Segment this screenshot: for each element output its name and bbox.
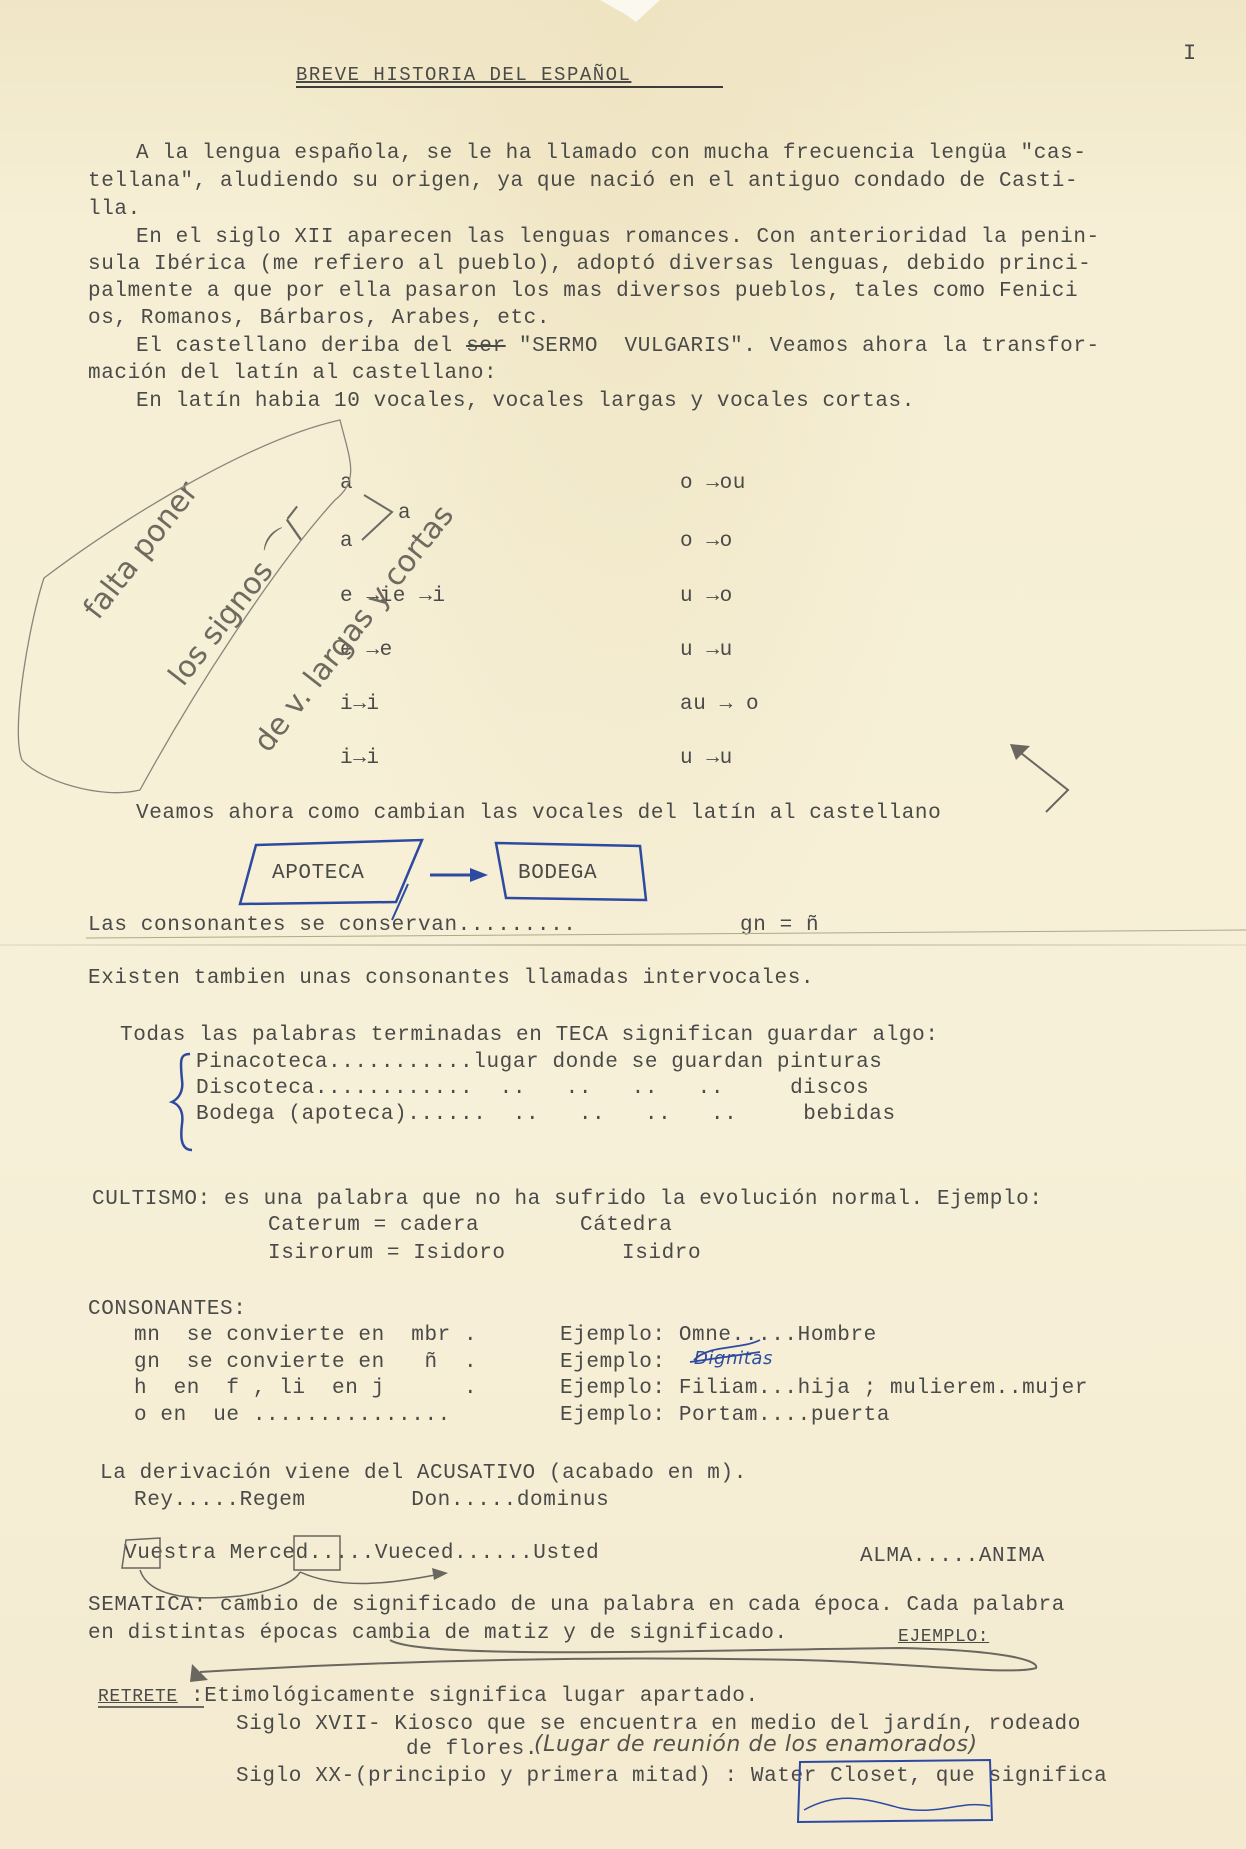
alma-line: ALMA.....ANIMA [860, 1543, 1045, 1570]
retrete-text: :Etimológicamente significa lugar aparta… [178, 1685, 759, 1708]
cultismo-line: CULTISMO: es una palabra que no ha sufri… [92, 1186, 1043, 1213]
intro-line: tellana", aludiendo su origen, ya que na… [88, 168, 1078, 195]
page-number: I [1183, 40, 1197, 67]
intro-line: A la lengua española, se le ha llamado c… [136, 140, 1087, 167]
cultismo-example: Isidro [622, 1240, 701, 1267]
vowel-right: o →ou [680, 470, 746, 497]
retrete-line: RETRETE :Etimológicamente significa luga… [98, 1683, 759, 1711]
struck-word: ser [466, 335, 506, 358]
gn-rule: gn = ñ [740, 912, 819, 939]
cultismo-text: es una palabra que no ha sufrido la evol… [211, 1188, 1043, 1211]
teca-intro: Todas las palabras terminadas en TECA si… [120, 1022, 939, 1049]
vowel-right: u →u [680, 637, 733, 664]
cultismo-example: Cátedra [580, 1212, 672, 1239]
paper-fold [0, 944, 1246, 946]
vowel-right: u →o [680, 583, 733, 610]
paper-tear [600, 0, 660, 22]
intervocales-line: Existen tambien unas consonantes llamada… [88, 965, 814, 992]
merced-line: Vuestra Merced.....Vueced......Usted [124, 1540, 599, 1567]
vowel-right: au → o [680, 691, 759, 718]
consonant-example: Ejemplo: [560, 1349, 666, 1376]
consonant-rule: mn se convierte en mbr . [134, 1322, 477, 1349]
handwritten-annotation: (Lugar de reunión de los enamorados) [534, 1731, 978, 1758]
intro-line: palmente a que por ella pasaron los mas … [88, 278, 1078, 305]
sermo-after: "SERMO VULGARIS". Veamos ahora la transf… [506, 335, 1100, 358]
intro-line: os, Romanos, Bárbaros, Arabes, etc. [88, 305, 550, 332]
ejemplo-label: EJEMPLO: [898, 1624, 989, 1651]
vowel-right: o →o [680, 528, 733, 555]
retrete-line: Siglo XX-(principio y primera mitad) : W… [236, 1763, 1107, 1790]
intro-line: lla. [88, 196, 141, 223]
consonants-kept: Las consonantes se conservan......... [88, 912, 576, 939]
consonantes-label: CONSONANTES: [88, 1296, 246, 1323]
page-title: BREVE HISTORIA DEL ESPAÑOL [296, 62, 631, 89]
acusativo-line: La derivación viene del ACUSATIVO (acaba… [100, 1460, 747, 1487]
teca-row: Discoteca............ .. .. .. .. discos [196, 1075, 869, 1102]
semantica-line: SEMATICA: cambio de significado de una p… [88, 1592, 1065, 1619]
document-page: I BREVE HISTORIA DEL ESPAÑOL A la lengua… [0, 0, 1246, 1849]
semantica-line: en distintas épocas cambia de matiz y de… [88, 1620, 788, 1647]
consonant-rule: gn se convierte en ñ . [134, 1349, 477, 1376]
apoteca-word: APOTECA [272, 860, 364, 887]
cultismo-example: Isirorum = Isidoro [268, 1240, 506, 1267]
handwritten-example: Dignitas [694, 1345, 773, 1372]
consonant-example: Ejemplo: Portam....puerta [560, 1402, 890, 1429]
consonant-rule: h en f , li en j . [134, 1375, 477, 1402]
acusativo-examples: Rey.....Regem Don.....dominus [134, 1487, 609, 1514]
sermo-line-2: mación del latín al castellano: [88, 360, 497, 387]
bodega-word: BODEGA [518, 860, 597, 887]
teca-row: Bodega (apoteca)...... .. .. .. .. bebid… [196, 1101, 896, 1128]
vowel-right: u →u [680, 745, 733, 772]
intro-line: En el siglo XII aparecen las lenguas rom… [136, 224, 1100, 251]
sermo-line: El castellano deriba del ser "SERMO VULG… [136, 333, 1100, 360]
consonant-rule: o en ue ............... [134, 1402, 451, 1429]
consonant-example: Ejemplo: Filiam...hija ; mulierem..mujer [560, 1375, 1088, 1402]
retrete-line: de flores. [406, 1736, 538, 1763]
teca-row: Pinacoteca...........lugar donde se guar… [196, 1049, 883, 1076]
cultismo-example: Caterum = cadera [268, 1212, 479, 1239]
intro-line: sula Ibérica (me refiero al pueblo), ado… [88, 251, 1091, 278]
cultismo-label: CULTISMO: [92, 1188, 211, 1211]
retrete-label: RETRETE [98, 1687, 178, 1707]
vowel-change-line: Veamos ahora como cambian las vocales de… [136, 800, 941, 827]
